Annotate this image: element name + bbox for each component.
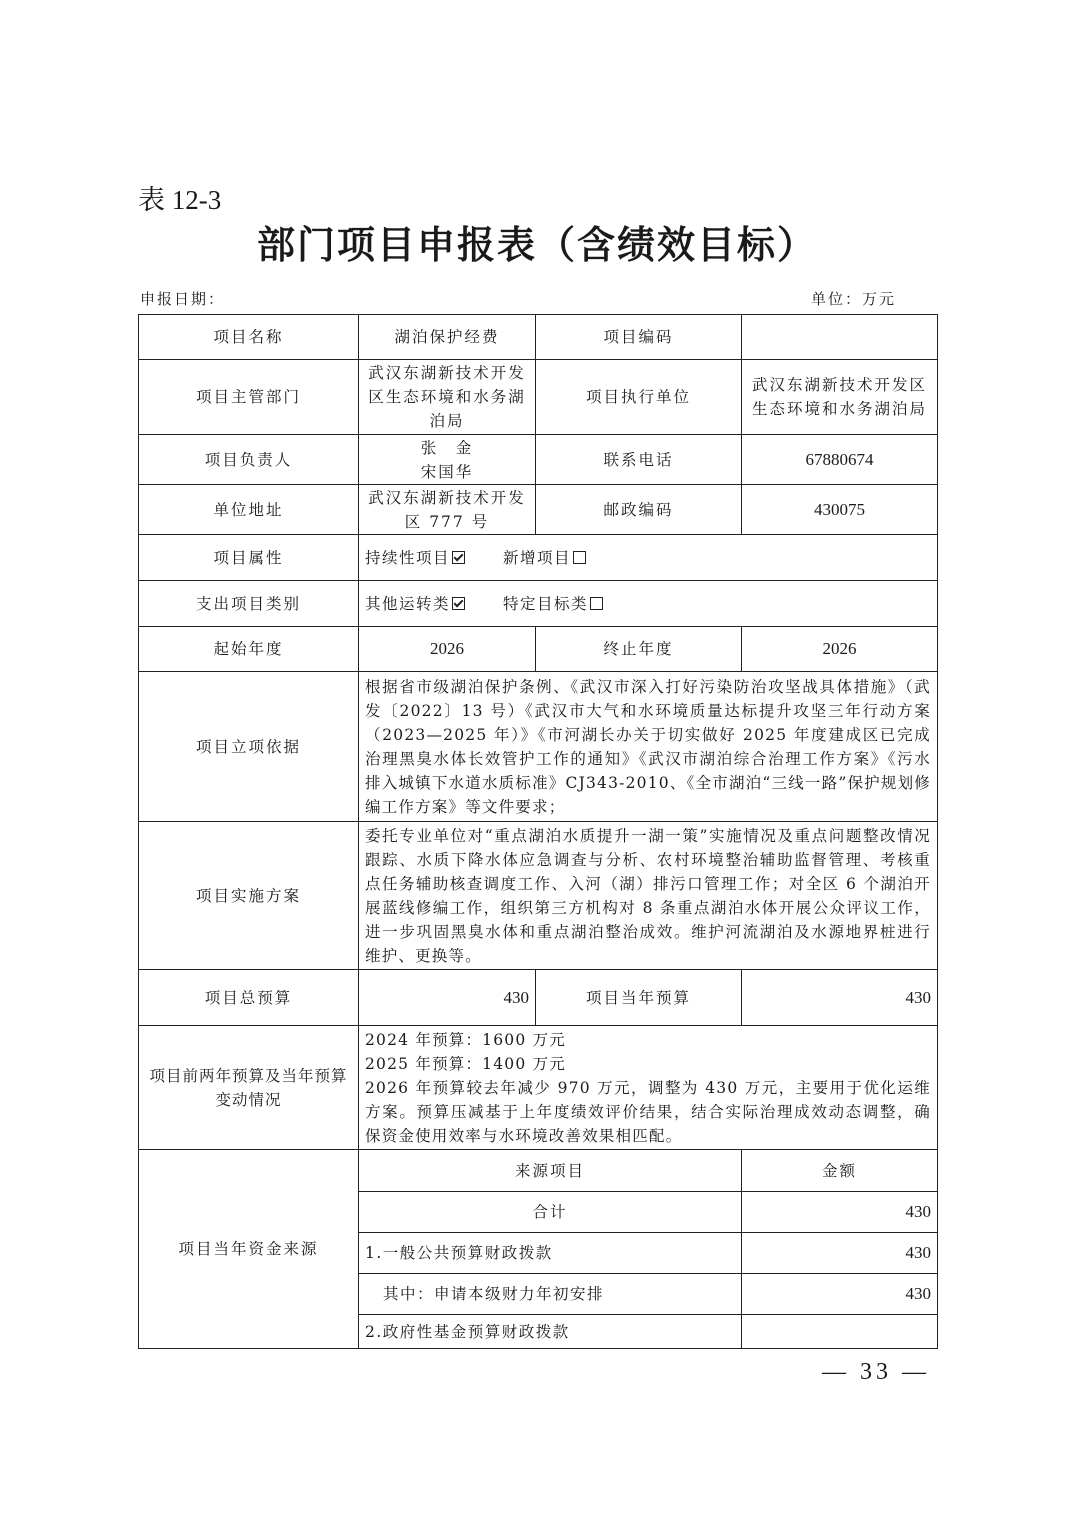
page-number: — 33 — <box>822 1359 930 1386</box>
leader-value: 张 金 宋国华 <box>359 435 536 485</box>
category-option-specific-target: 特定目标类 <box>503 595 588 613</box>
funding-header-source: 来源项目 <box>359 1150 742 1192</box>
executing-unit-value: 武汉东湖新技术开发区生态环境和水务湖泊局 <box>742 360 938 435</box>
end-year-value: 2026 <box>742 627 938 672</box>
history-label: 项目前两年预算及当年预算变动情况 <box>139 1026 359 1150</box>
address-value: 武汉东湖新技术开发区 777 号 <box>359 485 536 535</box>
table-number: 表 12-3 <box>138 178 221 217</box>
funding-row-amount: 430 <box>742 1192 938 1233</box>
category-options: 其他运转类特定目标类 <box>359 581 938 627</box>
project-name-label: 项目名称 <box>139 315 359 360</box>
funding-row-amount: 430 <box>742 1233 938 1274</box>
funding-header-amount: 金额 <box>742 1150 938 1192</box>
history-line-2024: 2024 年预算：1600 万元 <box>365 1028 931 1052</box>
funding-row-amount: 430 <box>742 1274 938 1315</box>
leader-name-2: 宋国华 <box>365 460 529 484</box>
leader-label: 项目负责人 <box>139 435 359 485</box>
category-label: 支出项目类别 <box>139 581 359 627</box>
history-text: 2024 年预算：1600 万元 2025 年预算：1400 万元 2026 年… <box>359 1026 938 1150</box>
funding-row-source: 合计 <box>359 1192 742 1233</box>
attribute-label: 项目属性 <box>139 535 359 581</box>
executing-unit-label: 项目执行单位 <box>536 360 742 435</box>
current-budget-label: 项目当年预算 <box>536 970 742 1026</box>
report-date-label: 申报日期： <box>140 288 225 309</box>
attribute-option-continuing: 持续性项目 <box>365 549 450 567</box>
project-code-value <box>742 315 938 360</box>
total-budget-value: 430 <box>359 970 536 1026</box>
basis-label: 项目立项依据 <box>139 672 359 822</box>
funding-row-amount <box>742 1315 938 1349</box>
project-name-value: 湖泊保护经费 <box>359 315 536 360</box>
postcode-value: 430075 <box>742 485 938 535</box>
end-year-label: 终止年度 <box>536 627 742 672</box>
funding-row-source: 1.一般公共预算财政拨款 <box>359 1233 742 1274</box>
attribute-option-new: 新增项目 <box>503 549 571 567</box>
category-option-other-operation: 其他运转类 <box>365 595 450 613</box>
funding-label: 项目当年资金来源 <box>139 1150 359 1349</box>
plan-label: 项目实施方案 <box>139 822 359 970</box>
checkbox-unchecked-icon[interactable] <box>573 551 586 564</box>
attribute-options: 持续性项目新增项目 <box>359 535 938 581</box>
unit-label: 单位：万元 <box>811 288 896 309</box>
checkbox-checked-icon[interactable] <box>452 551 465 564</box>
address-label: 单位地址 <box>139 485 359 535</box>
start-year-value: 2026 <box>359 627 536 672</box>
postcode-label: 邮政编码 <box>536 485 742 535</box>
leader-name-1: 张 金 <box>365 436 529 460</box>
history-line-2025: 2025 年预算：1400 万元 <box>365 1052 931 1076</box>
total-budget-label: 项目总预算 <box>139 970 359 1026</box>
current-budget-value: 430 <box>742 970 938 1026</box>
project-code-label: 项目编码 <box>536 315 742 360</box>
checkbox-checked-icon[interactable] <box>452 597 465 610</box>
start-year-label: 起始年度 <box>139 627 359 672</box>
supervising-dept-value: 武汉东湖新技术开发区生态环境和水务湖泊局 <box>359 360 536 435</box>
phone-value: 67880674 <box>742 435 938 485</box>
checkbox-unchecked-icon[interactable] <box>590 597 603 610</box>
funding-row-source: 2.政府性基金预算财政拨款 <box>359 1315 742 1349</box>
plan-text: 委托专业单位对“重点湖泊水质提升一湖一策”实施情况及重点问题整改情况跟踪、水质下… <box>359 822 938 970</box>
history-line-2026: 2026 年预算较去年减少 970 万元，调整为 430 万元，主要用于优化运维… <box>365 1076 931 1148</box>
funding-row-source: 其中：申请本级财力年初安排 <box>359 1274 742 1315</box>
basis-text: 根据省市级湖泊保护条例、《武汉市深入打好污染防治攻坚战具体措施》（武发〔2022… <box>359 672 938 822</box>
phone-label: 联系电话 <box>536 435 742 485</box>
supervising-dept-label: 项目主管部门 <box>139 360 359 435</box>
document-title: 部门项目申报表（含绩效目标） <box>0 214 1074 269</box>
project-application-table: 项目名称 湖泊保护经费 项目编码 项目主管部门 武汉东湖新技术开发区生态环境和水… <box>138 314 938 1349</box>
